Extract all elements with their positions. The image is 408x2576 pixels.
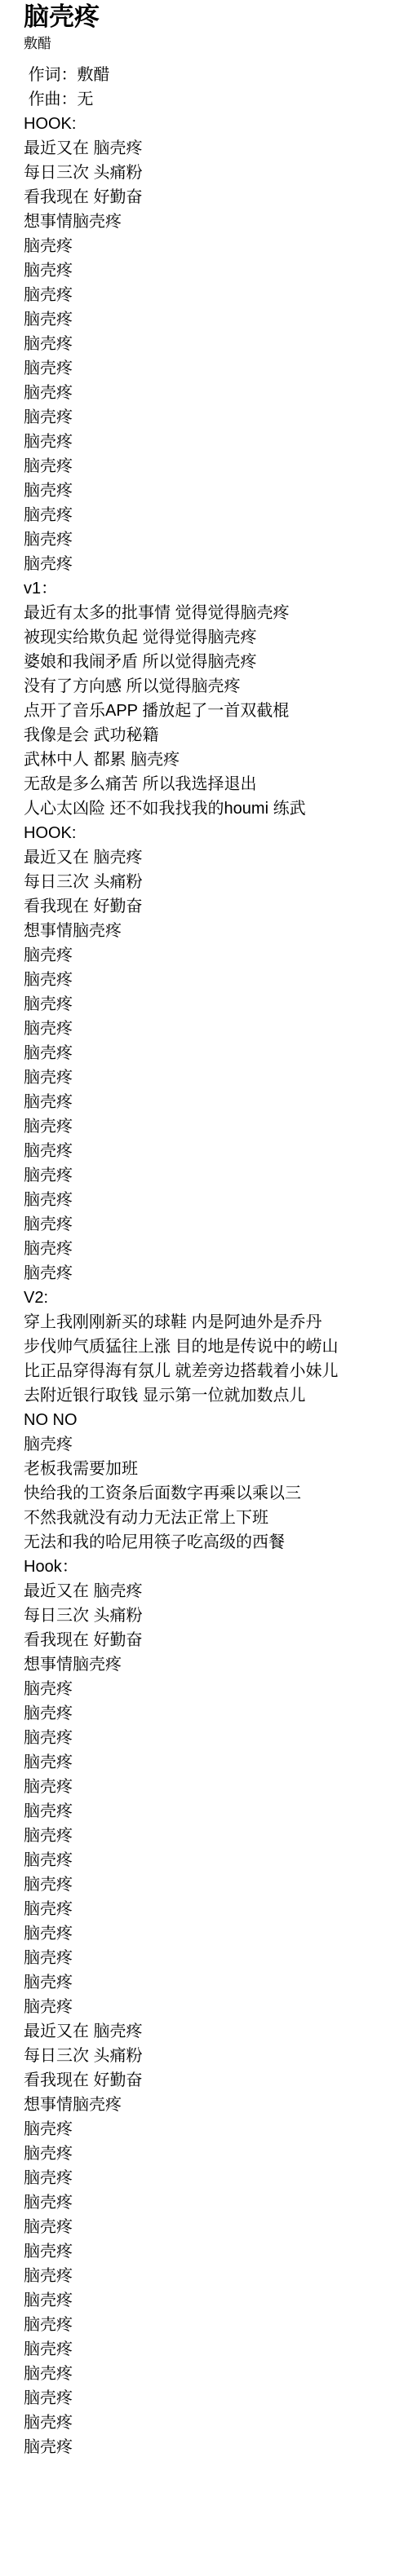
lyric-line: 脑壳疼: [24, 2386, 392, 2411]
lyric-line: HOOK:: [24, 821, 392, 845]
lyric-line: 脑壳疼: [24, 1799, 392, 1824]
lyric-line: 想事情脑壳疼: [24, 919, 392, 943]
song-title: 脑壳疼: [24, 3, 392, 31]
lyric-line: 脑壳疼: [24, 1188, 392, 1212]
lyric-line: 看我现在 好勤奋: [24, 894, 392, 919]
lyric-line: 脑壳疼: [24, 1775, 392, 1799]
lyric-line: 没有了方向感 所以觉得脑壳疼: [24, 674, 392, 699]
lyric-line: 脑壳疼: [24, 283, 392, 307]
lyric-line: 无敌是多么痛苦 所以我选择退出: [24, 772, 392, 796]
lyric-line: 脑壳疼: [24, 1677, 392, 1701]
lyric-line: 每日三次 头痛粉: [24, 2044, 392, 2068]
lyric-line: 脑壳疼: [24, 1848, 392, 1872]
lyric-line: 脑壳疼: [24, 527, 392, 552]
lyric-line: 不然我就没有动力无法正常上下班: [24, 1506, 392, 1530]
lyric-line: 比正品穿得海有氛儿 就差旁边搭载着小妹儿: [24, 1359, 392, 1383]
lyric-line: 脑壳疼: [24, 2337, 392, 2362]
lyric-line: 脑壳疼: [24, 1824, 392, 1848]
lyric-line: 脑壳疼: [24, 307, 392, 332]
lyric-line: v1：: [24, 576, 392, 601]
lyric-line: 作曲：无: [24, 87, 392, 112]
lyric-line: 每日三次 头痛粉: [24, 161, 392, 185]
lyric-line: 点开了音乐APP 播放起了一首双截棍: [24, 699, 392, 723]
lyric-line: 脑壳疼: [24, 552, 392, 576]
lyric-line: 脑壳疼: [24, 1041, 392, 1065]
lyric-line: 每日三次 头痛粉: [24, 1603, 392, 1628]
lyric-line: 最近有太多的批事情 觉得觉得脑壳疼: [24, 601, 392, 625]
lyric-line: 去附近银行取钱 显示第一位就加数点儿: [24, 1383, 392, 1408]
lyric-line: 脑壳疼: [24, 2166, 392, 2190]
lyric-line: 无法和我的哈尼用筷子吃高级的西餐: [24, 1530, 392, 1555]
lyric-line: 脑壳疼: [24, 2215, 392, 2239]
lyric-line: 想事情脑壳疼: [24, 2093, 392, 2117]
lyric-line: 脑壳疼: [24, 1114, 392, 1139]
lyric-line: 脑壳疼: [24, 405, 392, 430]
lyric-line: 脑壳疼: [24, 2117, 392, 2142]
lyric-line: 脑壳疼: [24, 2142, 392, 2166]
lyric-line: 脑壳疼: [24, 2190, 392, 2215]
lyric-line: 脑壳疼: [24, 1897, 392, 1921]
lyric-line: 脑壳疼: [24, 1995, 392, 2019]
lyric-line: 脑壳疼: [24, 2435, 392, 2459]
lyric-line: 脑壳疼: [24, 1701, 392, 1726]
lyric-line: 脑壳疼: [24, 2288, 392, 2313]
lyric-line: 每日三次 头痛粉: [24, 870, 392, 894]
lyric-line: 我像是会 武功秘籍: [24, 723, 392, 748]
lyric-line: 脑壳疼: [24, 992, 392, 1017]
lyric-line: 脑壳疼: [24, 234, 392, 258]
lyric-line: 脑壳疼: [24, 503, 392, 527]
lyric-line: V2:: [24, 1286, 392, 1310]
lyric-line: 脑壳疼: [24, 479, 392, 503]
lyric-line: 婆娘和我闹矛盾 所以觉得脑壳疼: [24, 650, 392, 674]
lyric-line: 脑壳疼: [24, 1872, 392, 1897]
lyric-line: 脑壳疼: [24, 1726, 392, 1750]
lyric-line: 脑壳疼: [24, 2362, 392, 2386]
lyric-line: 脑壳疼: [24, 943, 392, 968]
lyric-line: 脑壳疼: [24, 1432, 392, 1457]
lyric-line: 脑壳疼: [24, 1212, 392, 1237]
lyric-line: 脑壳疼: [24, 381, 392, 405]
lyric-line: 想事情脑壳疼: [24, 210, 392, 234]
lyric-line: Hook：: [24, 1555, 392, 1579]
lyric-line: 看我现在 好勤奋: [24, 2068, 392, 2093]
lyric-line: 最近又在 脑壳疼: [24, 2019, 392, 2044]
lyric-line: 脑壳疼: [24, 2264, 392, 2288]
artist-name: 敷醋: [24, 36, 392, 52]
lyric-line: 脑壳疼: [24, 2411, 392, 2435]
lyric-line: 人心太凶险 还不如我找我的houmi 练武: [24, 796, 392, 821]
lyric-line: 脑壳疼: [24, 968, 392, 992]
lyric-line: 脑壳疼: [24, 454, 392, 479]
lyric-line: 最近又在 脑壳疼: [24, 1579, 392, 1603]
lyric-line: HOOK:: [24, 112, 392, 136]
lyric-line: 脑壳疼: [24, 356, 392, 381]
lyric-line: 最近又在 脑壳疼: [24, 845, 392, 870]
lyric-line: 脑壳疼: [24, 2239, 392, 2264]
lyric-line: 脑壳疼: [24, 1921, 392, 1946]
lyric-line: 想事情脑壳疼: [24, 1652, 392, 1677]
lyric-line: 脑壳疼: [24, 1139, 392, 1163]
lyric-line: 脑壳疼: [24, 1237, 392, 1261]
lyric-line: 脑壳疼: [24, 1065, 392, 1090]
lyric-line: 看我现在 好勤奋: [24, 1628, 392, 1652]
lyric-line: 脑壳疼: [24, 430, 392, 454]
lyric-line: 看我现在 好勤奋: [24, 185, 392, 210]
lyric-line: 脑壳疼: [24, 1946, 392, 1970]
lyric-line: 脑壳疼: [24, 2313, 392, 2337]
lyric-line: 老板我需要加班: [24, 1457, 392, 1481]
lyric-line: 被现实给欺负起 觉得觉得脑壳疼: [24, 625, 392, 650]
lyrics-page: 脑壳疼 敷醋 作词：敷醋 作曲：无HOOK:最近又在 脑壳疼每日三次 头痛粉看我…: [0, 0, 408, 2492]
lyric-line: 快给我的工资条后面数字再乘以乘以三: [24, 1481, 392, 1506]
lyric-line: NO NO: [24, 1408, 392, 1432]
lyric-line: 脑壳疼: [24, 258, 392, 283]
lyric-line: 脑壳疼: [24, 1090, 392, 1114]
lyric-line: 脑壳疼: [24, 1750, 392, 1775]
lyric-line: 脑壳疼: [24, 1163, 392, 1188]
lyric-line: 步伐帅气质猛往上涨 目的地是传说中的崂山: [24, 1334, 392, 1359]
lyric-line: 脑壳疼: [24, 1970, 392, 1995]
lyric-line: 脑壳疼: [24, 1261, 392, 1286]
lyric-line: 最近又在 脑壳疼: [24, 136, 392, 161]
lyric-line: 作词：敷醋: [24, 63, 392, 87]
lyric-line: 穿上我刚刚新买的球鞋 内是阿迪外是乔丹: [24, 1310, 392, 1334]
lyric-line: 脑壳疼: [24, 332, 392, 356]
lyrics-body: 作词：敷醋 作曲：无HOOK:最近又在 脑壳疼每日三次 头痛粉看我现在 好勤奋想…: [24, 63, 392, 2459]
lyric-line: 脑壳疼: [24, 1017, 392, 1041]
lyric-line: 武林中人 都累 脑壳疼: [24, 748, 392, 772]
